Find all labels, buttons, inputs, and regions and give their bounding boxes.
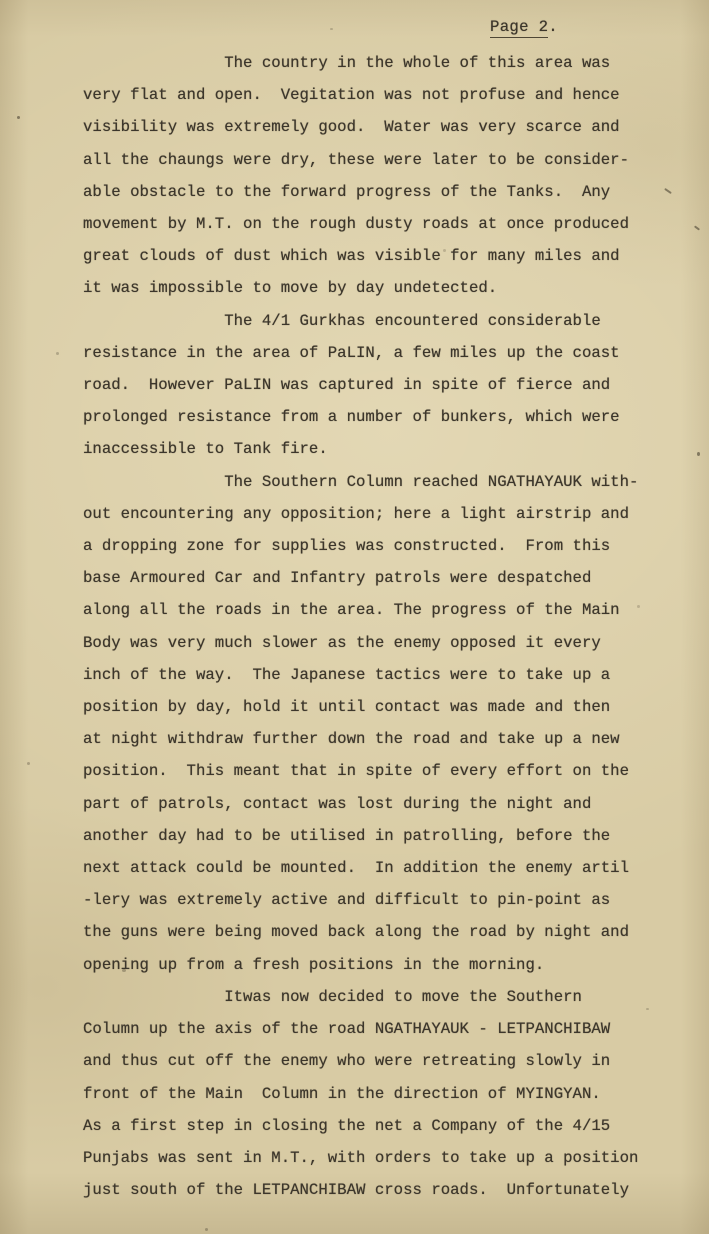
paper-speck — [205, 1228, 208, 1231]
page-number-heading: Page 2. — [490, 16, 558, 38]
paper-speck — [664, 188, 672, 194]
paper-speck — [17, 116, 20, 119]
paper-speck — [330, 28, 333, 30]
paper-speck — [122, 969, 126, 972]
paper-speck — [694, 225, 700, 230]
page-number-label: Page 2 — [490, 18, 548, 38]
paper-speck — [27, 762, 30, 765]
page-number-suffix: . — [548, 18, 558, 36]
paper-speck — [443, 249, 446, 252]
paper-speck — [56, 352, 59, 355]
paper-speck — [646, 1008, 649, 1010]
document-body-text: The country in the whole of this area wa… — [83, 47, 663, 1206]
paper-speck — [697, 452, 700, 456]
document-page: Page 2. The country in the whole of this… — [0, 0, 709, 1234]
paper-speck — [637, 605, 640, 608]
